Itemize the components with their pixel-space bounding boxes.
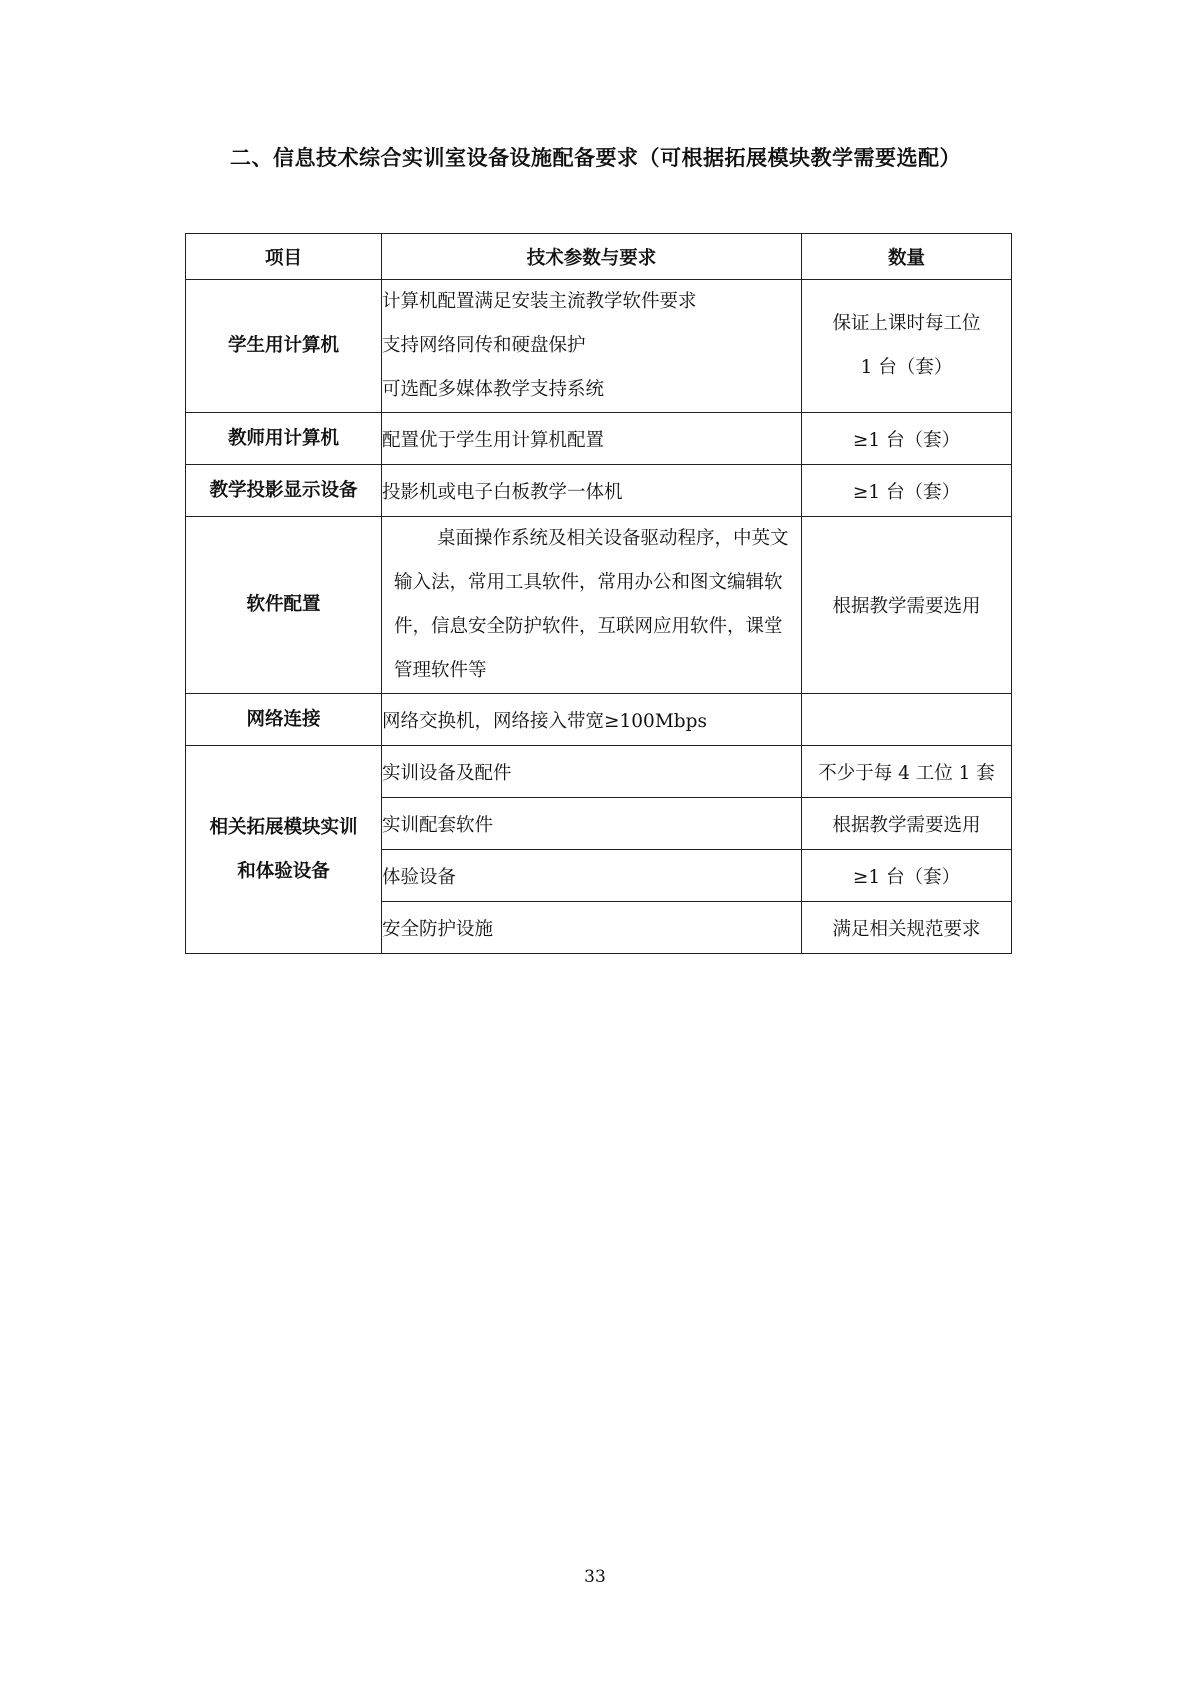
quantity-line: 保证上课时每工位 bbox=[802, 302, 1011, 346]
spec-line: 可选配多媒体教学支持系统 bbox=[382, 368, 801, 412]
spec-cell: 实训配套软件 bbox=[382, 798, 802, 850]
table-row: 软件配置 桌面操作系统及相关设备驱动程序，中英文输入法，常用工具软件，常用办公和… bbox=[186, 517, 1012, 694]
item-cell: 软件配置 bbox=[186, 517, 382, 694]
item-cell: 教师用计算机 bbox=[186, 413, 382, 465]
quantity-cell: 满足相关规范要求 bbox=[802, 902, 1012, 954]
spec-cell: 计算机配置满足安装主流教学软件要求 支持网络同传和硬盘保护 可选配多媒体教学支持… bbox=[382, 280, 802, 413]
item-cell: 网络连接 bbox=[186, 694, 382, 746]
spec-cell: 体验设备 bbox=[382, 850, 802, 902]
quantity-cell: ≥1 台（套） bbox=[802, 413, 1012, 465]
quantity-line: 1 台（套） bbox=[802, 346, 1011, 390]
quantity-cell: 根据教学需要选用 bbox=[802, 517, 1012, 694]
header-spec: 技术参数与要求 bbox=[382, 234, 802, 280]
table-row: 相关拓展模块实训 和体验设备 实训设备及配件 不少于每 4 工位 1 套 bbox=[186, 746, 1012, 798]
spec-cell: 安全防护设施 bbox=[382, 902, 802, 954]
header-quantity: 数量 bbox=[802, 234, 1012, 280]
section-title: 二、信息技术综合实训室设备设施配备要求（可根据拓展模块教学需要选配） bbox=[230, 142, 1050, 172]
table-header-row: 项目 技术参数与要求 数量 bbox=[186, 234, 1012, 280]
page-number: 33 bbox=[0, 1567, 1190, 1587]
quantity-cell: 不少于每 4 工位 1 套 bbox=[802, 746, 1012, 798]
quantity-cell bbox=[802, 694, 1012, 746]
item-line: 相关拓展模块实训 bbox=[186, 806, 381, 850]
item-cell: 教学投影显示设备 bbox=[186, 465, 382, 517]
table-row: 教师用计算机 配置优于学生用计算机配置 ≥1 台（套） bbox=[186, 413, 1012, 465]
spec-cell: 桌面操作系统及相关设备驱动程序，中英文输入法，常用工具软件，常用办公和图文编辑软… bbox=[382, 517, 802, 694]
quantity-cell: ≥1 台（套） bbox=[802, 465, 1012, 517]
spec-cell: 投影机或电子白板教学一体机 bbox=[382, 465, 802, 517]
equipment-requirements-table: 项目 技术参数与要求 数量 学生用计算机 计算机配置满足安装主流教学软件要求 支… bbox=[185, 233, 1012, 954]
spec-cell: 配置优于学生用计算机配置 bbox=[382, 413, 802, 465]
table-row: 教学投影显示设备 投影机或电子白板教学一体机 ≥1 台（套） bbox=[186, 465, 1012, 517]
spec-line: 计算机配置满足安装主流教学软件要求 bbox=[382, 280, 801, 324]
item-line: 和体验设备 bbox=[186, 850, 381, 894]
spec-line: 支持网络同传和硬盘保护 bbox=[382, 324, 801, 368]
spec-cell: 网络交换机，网络接入带宽≥100Mbps bbox=[382, 694, 802, 746]
item-cell: 相关拓展模块实训 和体验设备 bbox=[186, 746, 382, 954]
table-row: 网络连接 网络交换机，网络接入带宽≥100Mbps bbox=[186, 694, 1012, 746]
table-row: 学生用计算机 计算机配置满足安装主流教学软件要求 支持网络同传和硬盘保护 可选配… bbox=[186, 280, 1012, 413]
quantity-cell: 保证上课时每工位 1 台（套） bbox=[802, 280, 1012, 413]
item-cell: 学生用计算机 bbox=[186, 280, 382, 413]
spec-cell: 实训设备及配件 bbox=[382, 746, 802, 798]
quantity-cell: 根据教学需要选用 bbox=[802, 798, 1012, 850]
quantity-cell: ≥1 台（套） bbox=[802, 850, 1012, 902]
header-item: 项目 bbox=[186, 234, 382, 280]
